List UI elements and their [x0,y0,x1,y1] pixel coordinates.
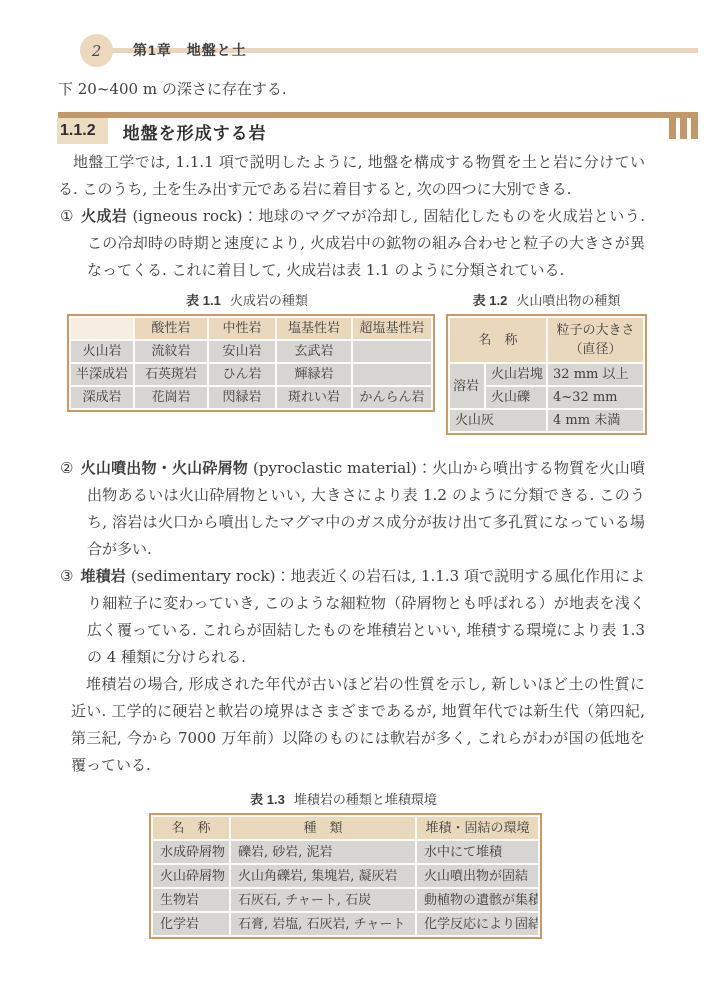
caption-label: 表 1.3 [250,792,285,807]
table-cell: 種 類 [231,817,415,839]
table-cell: 超塩基性岩 [353,318,431,339]
table-cell: 礫岩, 砂岩, 泥岩 [231,841,415,863]
table-row: 火山岩 流紋岩 安山岩 玄武岩 [71,341,431,362]
table-cell: 安山岩 [209,341,275,362]
table-cell: 半深成岩 [71,364,133,385]
table-cell: 水中にて堆積 [417,841,538,863]
sedimentary-rock-table: 名 称 種 類 堆積・固結の環境 水成砕屑物 礫岩, 砂岩, 泥岩 水中にて堆積… [149,813,542,939]
sedimentary-note-paragraph: 堆積岩の場合, 形成された年代が古いほど岩の性質を示し, 新しいほど土の性質に近… [58,671,645,779]
table-cell: 溶岩 [450,364,484,408]
table-cell: 生物岩 [153,889,229,911]
carryover-text: 下 20~400 m の深さに存在する. [58,79,645,100]
numbered-item-sedimentary: ③堆積岩(sedimentary rock)：地表近くの岩石は, 1.1.3 項… [58,563,645,671]
accent-tick [691,118,698,139]
table-cell: 化学岩 [153,913,229,935]
numbered-item-pyroclastic: ②火山噴出物・火山砕屑物(pyroclastic material)：火山から噴… [58,455,645,563]
item-number: ② [60,459,74,477]
table-row: 化学岩 石膏, 岩塩, 石灰岩, チャート 化学反応により固結 [153,913,538,935]
table-row: 火山砕屑物 火山角礫岩, 集塊岩, 凝灰岩 火山噴出物が固結 [153,865,538,887]
table-cell: 32 mm 以上 [548,364,643,385]
table-cell: ひん岩 [209,364,275,385]
table-cell: 深成岩 [71,387,133,408]
section-title-row: 1.1.2 地盤を形成する岩 [58,118,645,144]
table-cell: 堆積・固結の環境 [417,817,538,839]
table-header-row: 酸性岩 中性岩 塩基性岩 超塩基性岩 [71,318,431,339]
table-cell: 火山礫 [486,387,546,408]
item-body: (sedimentary rock)：地表近くの岩石は, 1.1.3 項で説明す… [87,567,645,666]
caption-label: 表 1.2 [473,293,508,308]
item-term: 堆積岩 [81,568,126,585]
table-row: 火山灰 4 mm 未満 [450,410,643,431]
page-number: 2 [92,42,102,60]
volcanic-ejecta-table: 名 称 粒子の大きさ （直径） 溶岩 火山岩塊 32 mm 以上 火山礫 4~3… [446,314,647,435]
table-cell: 火山砕屑物 [153,865,229,887]
table-cell: 花崗岩 [135,387,207,408]
table-cell [353,341,431,362]
caption-title: 火成岩の種類 [230,294,308,309]
item-number: ① [60,207,74,225]
section-title: 地盤を形成する岩 [123,119,267,144]
table-cell [353,364,431,385]
accent-tick [680,118,687,139]
table-cell: 化学反応により固結 [417,913,538,935]
numbered-item-igneous: ①火成岩(igneous rock)：地球のマグマが冷却し, 固結化したものを火… [58,203,645,284]
chapter-title: 第1章 地盤と土 [133,40,247,60]
table-cell: 4 mm 未満 [548,410,643,431]
item-body: (igneous rock)：地球のマグマが冷却し, 固結化したものを火成岩とい… [87,207,645,279]
table-1-2-block: 表 1.2火山噴出物の種類 名 称 粒子の大きさ （直径） 溶岩 火山岩塊 [446,290,647,435]
igneous-rock-table: 酸性岩 中性岩 塩基性岩 超塩基性岩 火山岩 流紋岩 安山岩 玄武岩 半深成岩 [67,314,435,412]
page-header: 2 第1章 地盤と土 [80,34,698,67]
tables-row: 表 1.1火成岩の種類 酸性岩 中性岩 塩基性岩 超塩基性岩 火山岩 流紋岩 安… [58,290,645,435]
table-cell: 石灰石, チャート, 石炭 [231,889,415,911]
page-content: 下 20~400 m の深さに存在する. 1.1.2 地盤を形成する岩 地盤工学… [0,79,704,939]
header-line: （直径） [552,340,639,359]
table-cell: 石英斑岩 [135,364,207,385]
table-cell: 粒子の大きさ （直径） [548,318,643,362]
table-row: 生物岩 石灰石, チャート, 石炭 動植物の遺骸が集積 [153,889,538,911]
item-term: 火成岩 [81,208,127,225]
accent-tick [669,118,676,139]
table-row: 水成砕屑物 礫岩, 砂岩, 泥岩 水中にて堆積 [153,841,538,863]
table-cell: かんらん岩 [353,387,431,408]
table-cell: 玄武岩 [277,341,351,362]
table-row: 半深成岩 石英斑岩 ひん岩 輝緑岩 [71,364,431,385]
table-cell: 流紋岩 [135,341,207,362]
table-cell: 酸性岩 [135,318,207,339]
table-cell: 名 称 [450,318,546,362]
table-row: 深成岩 花崗岩 閃緑岩 斑れい岩 かんらん岩 [71,387,431,408]
table-header-row: 名 称 種 類 堆積・固結の環境 [153,817,538,839]
table-cell: 輝緑岩 [277,364,351,385]
table-cell: 斑れい岩 [277,387,351,408]
table-cell: 動植物の遺骸が集積 [417,889,538,911]
section-number: 1.1.2 [57,118,108,144]
lead-paragraph: 地盤工学では, 1.1.1 項で説明したように, 地盤を構成する物質を土と岩に分… [58,149,645,203]
table-cell: 塩基性岩 [277,318,351,339]
table-cell: 閃緑岩 [209,387,275,408]
table-cell: 石膏, 岩塩, 石灰岩, チャート [231,913,415,935]
section-accent-bar [58,112,698,118]
table-cell: 名 称 [153,817,229,839]
table-1-1-caption: 表 1.1火成岩の種類 [67,290,427,309]
table-cell [71,318,133,339]
table-cell: 火山岩塊 [486,364,546,385]
table-1-3-caption: 表 1.3堆積岩の種類と堆積環境 [149,789,538,808]
caption-label: 表 1.1 [186,293,221,308]
caption-title: 火山噴出物の種類 [516,294,620,309]
item-number: ③ [60,567,74,585]
table-cell: 火山岩 [71,341,133,362]
table-1-1-block: 表 1.1火成岩の種類 酸性岩 中性岩 塩基性岩 超塩基性岩 火山岩 流紋岩 安… [67,290,427,412]
header-line: 粒子の大きさ [552,321,639,340]
table-cell: 中性岩 [209,318,275,339]
section-heading: 1.1.2 地盤を形成する岩 [58,112,698,144]
table-cell: 4~32 mm [548,387,643,408]
item-term: 火山噴出物・火山砕屑物 [81,460,248,477]
table-row: 溶岩 火山岩塊 32 mm 以上 [450,364,643,385]
page-number-badge: 2 [80,34,113,67]
table-1-2-caption: 表 1.2火山噴出物の種類 [446,290,647,309]
table-cell: 火山角礫岩, 集塊岩, 凝灰岩 [231,865,415,887]
table-cell: 水成砕屑物 [153,841,229,863]
table-cell: 火山灰 [450,410,546,431]
table-cell: 火山噴出物が固結 [417,865,538,887]
table-header-row: 名 称 粒子の大きさ （直径） [450,318,643,362]
textbook-page: 2 第1章 地盤と土 下 20~400 m の深さに存在する. 1.1.2 地盤… [0,0,704,1000]
caption-title: 堆積岩の種類と堆積環境 [294,793,437,808]
table-1-3-block: 表 1.3堆積岩の種類と堆積環境 名 称 種 類 堆積・固結の環境 水成砕屑物 … [149,789,538,939]
